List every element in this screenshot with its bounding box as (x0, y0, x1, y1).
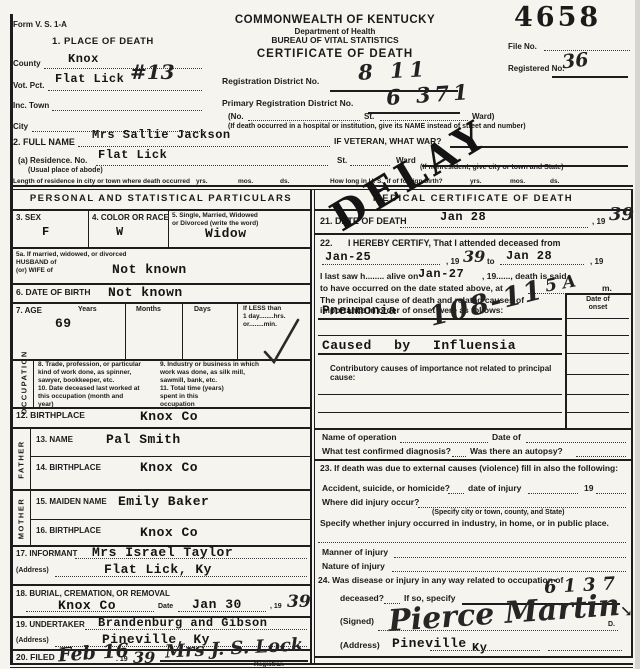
manner-of-injury-label: Manner of injury (322, 548, 388, 558)
burial-year-printed: , 19 (270, 603, 282, 611)
onset-rule (567, 374, 629, 375)
cell-divider (182, 302, 183, 359)
primary-registration-value: 6 371 (385, 79, 472, 110)
date-of-injury-label: date of injury (468, 484, 521, 494)
registered-no-line (552, 76, 628, 78)
mother-maiden-name-value: Emily Baker (118, 494, 209, 509)
rule (318, 318, 562, 320)
yrs-label-1: yrs. (196, 178, 208, 186)
rule (12, 584, 310, 586)
nature-of-injury-line (392, 571, 626, 572)
marital-value: Widow (205, 226, 247, 241)
rule (314, 656, 631, 658)
mos-label-1: mos. (238, 178, 253, 186)
no-line (248, 120, 360, 121)
to-year-printed: , 19 (590, 257, 603, 266)
autopsy-line (576, 456, 626, 457)
where-injury-line (418, 507, 626, 508)
mother-birthplace-label: 16. BIRTHPLACE (36, 526, 101, 535)
date-of-death-year-printed: , 19 (592, 217, 605, 226)
burial-place-value: Knox Co (58, 598, 116, 613)
residence-value: Flat Lick (98, 148, 167, 162)
father-vertical-label: FATHER (17, 433, 26, 487)
date-of-onset-label: Date of onset (568, 296, 628, 313)
father-name-label: 13. NAME (36, 435, 73, 444)
date-of-death-value: Jan 28 (440, 210, 486, 224)
operation-label: Name of operation (322, 433, 397, 443)
vot-pct-value: Flat Lick (55, 72, 124, 86)
rule (318, 412, 562, 413)
age-years-value: 69 (55, 316, 72, 331)
st-label: St. (364, 112, 374, 121)
test-label: What test confirmed diagnosis? (322, 447, 451, 457)
cell-divider (125, 302, 126, 359)
burial-label: 18. BURIAL, CREMATION, OR REMOVAL (16, 589, 170, 598)
cell-divider (237, 302, 238, 359)
personal-particulars-title: PERSONAL AND STATISTICAL PARTICULARS (13, 194, 309, 205)
occupation-item11: 11. Total time (years) spent in this occ… (160, 385, 224, 409)
county-value: Knox (68, 52, 99, 66)
occupation-vertical-label: OCCUPATION (20, 355, 29, 415)
burial-year-hand: 39 (287, 592, 311, 612)
injury-year-label: 19 (584, 484, 593, 494)
date-of-operation-line (526, 442, 626, 443)
from-year-hand: 39 (463, 247, 485, 266)
spouse-value: Not known (112, 262, 187, 277)
attended-to-value: Jan 28 (506, 249, 552, 263)
registration-district-label: Registration District No. (222, 77, 319, 87)
date-of-birth-label: 6. DATE OF BIRTH (16, 288, 90, 298)
md-label: D. (608, 621, 615, 629)
injury-year-line (596, 493, 626, 494)
father-name-value: Pal Smith (106, 432, 181, 447)
spouse-label: 5a. If married, widowed, or divorced HUS… (16, 251, 127, 275)
onset-rule (567, 318, 629, 319)
date-of-operation-label: Date of (492, 433, 521, 443)
months-label: Months (136, 306, 161, 314)
rule (12, 427, 310, 429)
certify-number: 22. (320, 238, 333, 248)
years-label: Years (78, 306, 97, 314)
signed-line (378, 630, 618, 631)
attended-from-value: Jan-25 (325, 250, 371, 264)
full-name-label: 2. FULL NAME (13, 137, 75, 147)
birthplace-label: 12. BIRTHPLACE (16, 411, 85, 421)
onset-box-left (565, 293, 567, 428)
burial-date-value: Jan 30 (192, 597, 242, 612)
filed-year-printed: . 19 (116, 656, 128, 664)
occupation-box-divider (33, 359, 34, 407)
city-label: City (13, 122, 28, 131)
registrar-signature-line (160, 660, 308, 662)
occupation-related-label: 24. Was disease or injury in any way rel… (318, 576, 563, 586)
residence-label: (a) Residence. No. (18, 156, 87, 165)
place-of-death-title: 1. PLACE OF DEATH (52, 37, 154, 48)
rule (31, 456, 310, 457)
inc-town-line (52, 110, 202, 111)
rule (318, 335, 562, 336)
date-of-death-year-hand: 39 (609, 204, 634, 225)
accident-label: Accident, suicide, or homicide? (322, 484, 450, 494)
occupation-item10: 10. Date deceased last worked at this oc… (38, 385, 140, 409)
registration-district-value: 8 11 (357, 56, 429, 85)
rule (12, 489, 310, 491)
birthplace-value: Knox Co (140, 409, 198, 424)
center-divider-2 (314, 189, 315, 665)
contributory-label: Contributory causes of importance not re… (330, 364, 568, 382)
days-label: Days (194, 306, 211, 314)
bottom-rule-2 (10, 667, 633, 668)
cause-of-death-value: Pneumonia (322, 303, 397, 318)
full-name-value: Mrs Sallie Jackson (92, 128, 231, 142)
deceased-label: deceased? (340, 594, 384, 604)
residence-line (96, 165, 328, 166)
full-name-line (78, 146, 330, 147)
physician-address-label: (Address) (340, 641, 380, 651)
rule (314, 233, 631, 235)
onset-rule (567, 335, 629, 336)
county-line (44, 68, 202, 69)
rule (318, 353, 562, 355)
separator-dotted-line (318, 542, 626, 543)
left-border (10, 14, 13, 665)
bureau-subtitle: BUREAU OF VITAL STATISTICS (205, 36, 465, 46)
mother-box-divider (30, 489, 31, 545)
mother-maiden-name-label: 15. MAIDEN NAME (36, 497, 107, 506)
ds-label-1: ds. (280, 178, 289, 186)
sex-value: F (42, 225, 50, 239)
accident-line (448, 493, 464, 494)
rule (314, 459, 631, 461)
physician-address-state: Ky (472, 641, 487, 655)
date-of-birth-value: Not known (108, 285, 183, 300)
where-injury-label: Where did injury occur? (322, 498, 419, 508)
onset-rule (567, 412, 629, 413)
rule (12, 209, 310, 211)
county-label: County (13, 59, 41, 68)
inc-town-label: Inc. Town (13, 101, 49, 110)
filed-label: 20. FILED (16, 653, 55, 663)
external-causes-label: 23. If death was due to external causes … (320, 464, 620, 474)
registrar-label: Registrar. (254, 661, 284, 669)
specify-injury-label: Specify whether injury occurred in indus… (320, 519, 620, 529)
death-certificate-document: 4658 Form V. S. 1-A 1. PLACE OF DEATH Co… (0, 0, 640, 669)
burial-date-label: Date (158, 603, 173, 611)
header-rule-2 (10, 189, 633, 190)
date-of-injury-line (528, 493, 578, 494)
residence-st-label: St. (337, 156, 347, 165)
yrs-label-2: yrs. (470, 178, 482, 186)
no-label: (No. (228, 112, 244, 121)
informant-value: Mrs Israel Taylor (92, 545, 233, 560)
file-no-label: File No. (508, 42, 537, 51)
undertaker-address-label: (Address) (16, 637, 49, 645)
father-birthplace-label: 14. BIRTHPLACE (36, 463, 101, 472)
undertaker-label: 19. UNDERTAKER (16, 620, 85, 629)
vot-pct-line (48, 90, 202, 91)
handwritten-checkmark-icon (262, 318, 300, 364)
primary-registration-line (368, 112, 460, 114)
registered-no-value: 36 (561, 49, 590, 74)
cell-divider (88, 209, 89, 247)
vot-pct-label: Vot. Pct. (13, 81, 44, 90)
mother-birthplace-value: Knox Co (140, 525, 198, 540)
informant-address-value: Flat Lick, Ky (104, 562, 212, 577)
onset-box-top (565, 293, 631, 295)
mos-label-2: mos. (510, 178, 525, 186)
abode-note: (Usual place of abode) (28, 167, 103, 175)
operation-line (400, 442, 488, 443)
caused-by-value: Caused by Influensia (322, 338, 516, 353)
rule (318, 394, 562, 395)
primary-registration-label: Primary Registration District No. (222, 99, 353, 109)
specify-city-note: (Specify city or town, county, and State… (432, 509, 565, 517)
rule (31, 519, 310, 520)
from-year-printed: , 19 (446, 257, 459, 266)
informant-address-label: (Address) (16, 567, 49, 575)
color-race-label: 4. COLOR OR RACE (92, 213, 169, 222)
sex-label: 3. SEX (16, 213, 41, 222)
length-residence-label: Length of residence in city or town wher… (13, 178, 190, 186)
certify-text: I HEREBY CERTIFY, That I attended deceas… (348, 238, 560, 248)
vot-pct-handwritten: #13 (130, 60, 175, 84)
manner-of-injury-line (394, 557, 626, 558)
rule (314, 428, 631, 430)
signed-label: (Signed) (340, 617, 374, 627)
attended-to-line (500, 264, 584, 265)
onset-rule (567, 394, 629, 395)
header-title-block: COMMONWEALTH OF KENTUCKY Department of H… (205, 14, 465, 61)
registered-no-label: Registered No. (508, 64, 564, 73)
onset-rule (567, 353, 629, 354)
filed-year-hand: 39 (133, 648, 155, 667)
autopsy-label: Was there an autopsy? (470, 447, 563, 457)
occupation-item8: 8. Trade, profession, or particular kind… (38, 361, 141, 385)
physician-address-value: Pineville (392, 636, 467, 651)
informant-label: 17. INFORMANT (16, 549, 77, 558)
attended-from-line (322, 264, 440, 265)
form-number: Form V. S. 1-A (13, 20, 67, 29)
pen-arrow-mark: ↘ (620, 602, 633, 620)
last-saw-label: I last saw h........ alive on (320, 272, 418, 282)
nature-of-injury-label: Nature of injury (322, 562, 385, 572)
rule (12, 302, 310, 304)
right-border (631, 189, 633, 658)
test-line (452, 456, 466, 457)
father-box-divider (30, 427, 31, 489)
date-of-death-line (400, 227, 588, 228)
occupation-item9: 9. Industry or business in which work wa… (160, 361, 259, 385)
commonwealth-title: COMMONWEALTH OF KENTUCKY (205, 14, 465, 27)
undertaker-value: Brandenburg and Gibson (98, 616, 267, 630)
to-label: to (487, 257, 495, 266)
mother-vertical-label: MOTHER (17, 490, 26, 548)
scan-edge (635, 0, 640, 669)
physician-address-line (430, 650, 540, 651)
age-label: 7. AGE (16, 306, 42, 315)
rule (12, 247, 310, 249)
father-birthplace-value: Knox Co (140, 460, 198, 475)
ds-label-2: ds. (550, 178, 559, 186)
color-race-value: W (116, 225, 124, 239)
last-saw-value: Jan-27 (418, 267, 464, 281)
certificate-stamp-number: 4658 (514, 2, 601, 33)
physician-address-line-2 (548, 650, 622, 651)
